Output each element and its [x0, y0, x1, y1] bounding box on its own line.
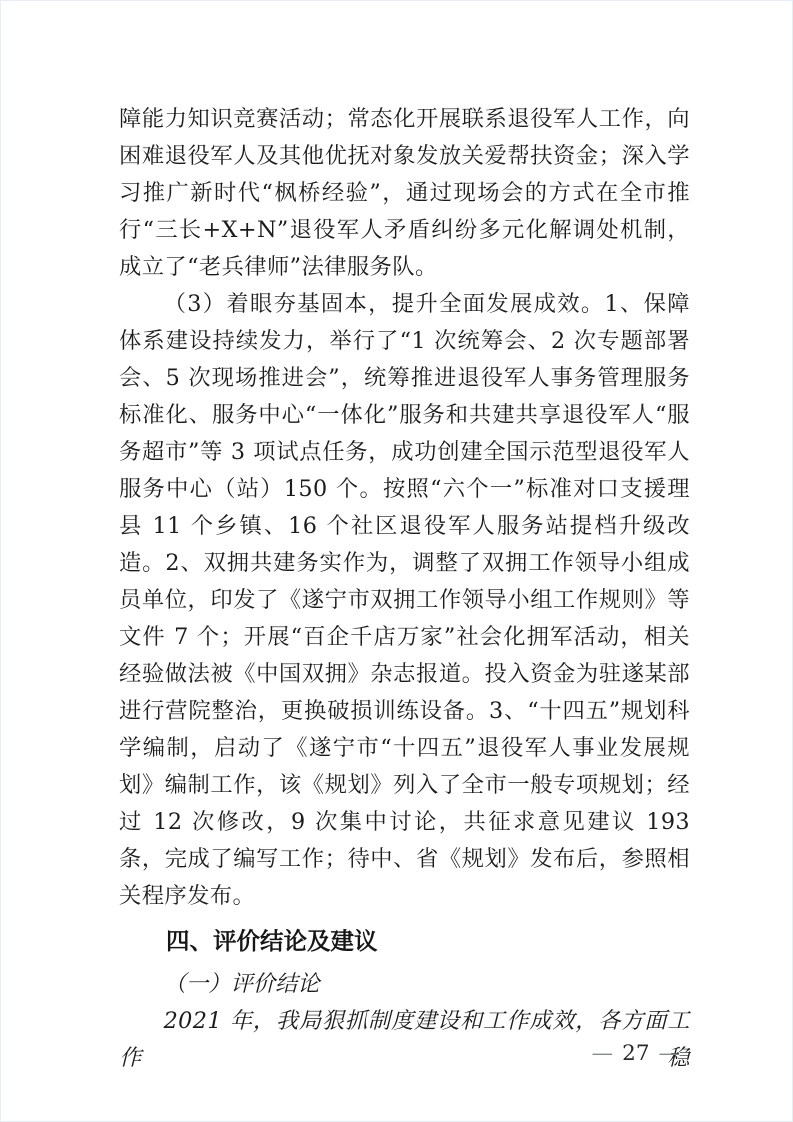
- paragraph-continuation: 障能力知识竞赛活动；常态化开展联系退役军人工作，向困难退役军人及其他优抚对象发放…: [119, 101, 690, 286]
- document-page: 障能力知识竞赛活动；常态化开展联系退役军人工作，向困难退役军人及其他优抚对象发放…: [0, 0, 793, 1122]
- page-number-dash-left: —: [592, 1042, 614, 1066]
- body-text: 障能力知识竞赛活动；常态化开展联系退役军人工作，向困难退役军人及其他优抚对象发放…: [119, 101, 690, 1077]
- page-number-value: 27: [622, 1042, 649, 1066]
- page-number: — 27 —: [592, 1042, 680, 1066]
- paragraph-item-3: （3）着眼夯基固本，提升全面发展成效。1、保障体系建设持续发力，举行了“1 次统…: [119, 286, 690, 915]
- section-heading: 四、评价结论及建议: [119, 923, 690, 960]
- subsection-heading: （一）评价结论: [119, 966, 690, 1003]
- page-number-dash-right: —: [659, 1042, 681, 1066]
